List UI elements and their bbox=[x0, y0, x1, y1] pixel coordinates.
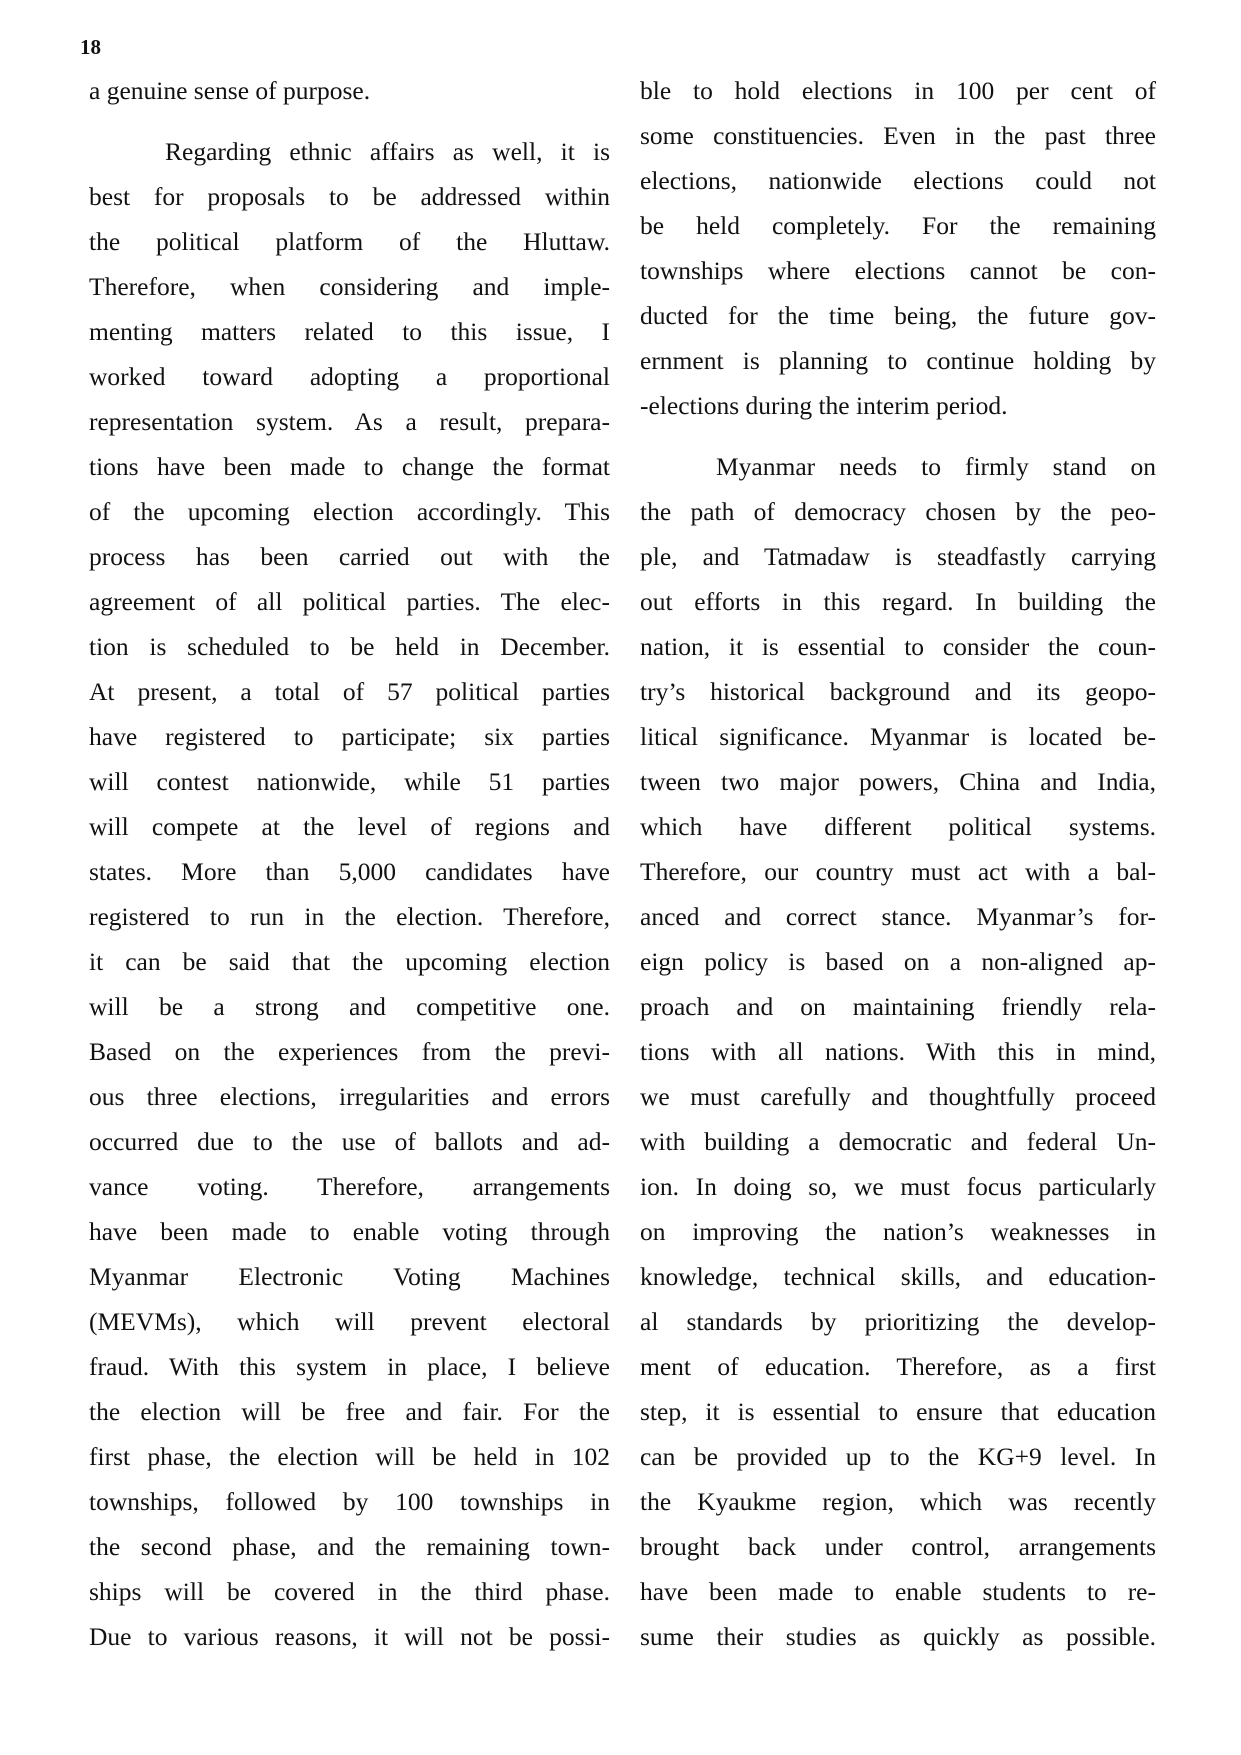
text-line: Myanmar needs to firmly stand on bbox=[640, 444, 1156, 489]
text-line: which have different political systems. bbox=[640, 804, 1156, 849]
text-line: the Kyaukme region, which was recently bbox=[640, 1479, 1156, 1524]
text-line: step, it is essential to ensure that edu… bbox=[640, 1389, 1156, 1434]
right-column: ble to hold elections in 100 per cent of… bbox=[640, 68, 1156, 1659]
text-line: states. More than 5,000 candidates have bbox=[89, 849, 610, 894]
text-line: the political platform of the Hluttaw. bbox=[89, 219, 610, 264]
text-line: we must carefully and thoughtfully proce… bbox=[640, 1074, 1156, 1119]
text-line: ment of education. Therefore, as a first bbox=[640, 1344, 1156, 1389]
text-line: vance voting. Therefore, arrangements bbox=[89, 1164, 610, 1209]
text-line: it can be said that the upcoming electio… bbox=[89, 939, 610, 984]
text-line: process has been carried out with the bbox=[89, 534, 610, 579]
text-line: (MEVMs), which will prevent electoral bbox=[89, 1299, 610, 1344]
text-line: ernment is planning to continue holding … bbox=[640, 338, 1156, 383]
text-line: menting matters related to this issue, I bbox=[89, 309, 610, 354]
text-line: occurred due to the use of ballots and a… bbox=[89, 1119, 610, 1164]
text-line: anced and correct stance. Myanmar’s for- bbox=[640, 894, 1156, 939]
text-line: Therefore, our country must act with a b… bbox=[640, 849, 1156, 894]
text-line: be held completely. For the remaining bbox=[640, 203, 1156, 248]
text-line: ships will be covered in the third phase… bbox=[89, 1569, 610, 1614]
text-line: sume their studies as quickly as possibl… bbox=[640, 1614, 1156, 1659]
text-line: ous three elections, irregularities and … bbox=[89, 1074, 610, 1119]
text-line: can be provided up to the KG+9 level. In bbox=[640, 1434, 1156, 1479]
text-line: will compete at the level of regions and bbox=[89, 804, 610, 849]
text-line: townships where elections cannot be con- bbox=[640, 248, 1156, 293]
text-line: litical significance. Myanmar is located… bbox=[640, 714, 1156, 759]
paragraph-gap bbox=[89, 113, 610, 129]
paragraph-gap bbox=[640, 428, 1156, 444]
text-line: nation, it is essential to consider the … bbox=[640, 624, 1156, 669]
text-line: have been made to enable students to re- bbox=[640, 1569, 1156, 1614]
text-line: eign policy is based on a non-aligned ap… bbox=[640, 939, 1156, 984]
text-line: fraud. With this system in place, I beli… bbox=[89, 1344, 610, 1389]
text-line: tion is scheduled to be held in December… bbox=[89, 624, 610, 669]
text-line: tions with all nations. With this in min… bbox=[640, 1029, 1156, 1074]
text-line: tions have been made to change the forma… bbox=[89, 444, 610, 489]
text-line: proach and on maintaining friendly rela- bbox=[640, 984, 1156, 1029]
text-line: townships, followed by 100 townships in bbox=[89, 1479, 610, 1524]
page-number: 18 bbox=[80, 34, 101, 60]
text-line: the election will be free and fair. For … bbox=[89, 1389, 610, 1434]
text-line: Myanmar Electronic Voting Machines bbox=[89, 1254, 610, 1299]
text-line: ion. In doing so, we must focus particul… bbox=[640, 1164, 1156, 1209]
text-line: a genuine sense of purpose. bbox=[89, 68, 610, 113]
text-line: best for proposals to be addressed withi… bbox=[89, 174, 610, 219]
text-line: the second phase, and the remaining town… bbox=[89, 1524, 610, 1569]
text-line: knowledge, technical skills, and educati… bbox=[640, 1254, 1156, 1299]
text-line: ble to hold elections in 100 per cent of bbox=[640, 68, 1156, 113]
text-line: ducted for the time being, the future go… bbox=[640, 293, 1156, 338]
text-line: al standards by prioritizing the develop… bbox=[640, 1299, 1156, 1344]
text-line: will contest nationwide, while 51 partie… bbox=[89, 759, 610, 804]
text-line: on improving the nation’s weaknesses in bbox=[640, 1209, 1156, 1254]
text-line: some constituencies. Even in the past th… bbox=[640, 113, 1156, 158]
text-line: Based on the experiences from the previ- bbox=[89, 1029, 610, 1074]
text-line: At present, a total of 57 political part… bbox=[89, 669, 610, 714]
text-line: agreement of all political parties. The … bbox=[89, 579, 610, 624]
text-line: representation system. As a result, prep… bbox=[89, 399, 610, 444]
text-line: first phase, the election will be held i… bbox=[89, 1434, 610, 1479]
text-line: with building a democratic and federal U… bbox=[640, 1119, 1156, 1164]
text-line: worked toward adopting a proportional bbox=[89, 354, 610, 399]
text-line: of the upcoming election accordingly. Th… bbox=[89, 489, 610, 534]
text-line: have been made to enable voting through bbox=[89, 1209, 610, 1254]
left-column: a genuine sense of purpose. Regarding et… bbox=[89, 68, 610, 1659]
text-line: ple, and Tatmadaw is steadfastly carryin… bbox=[640, 534, 1156, 579]
text-line: Regarding ethnic affairs as well, it is bbox=[89, 129, 610, 174]
text-line: -elections during the interim period. bbox=[640, 383, 1156, 428]
text-line: Due to various reasons, it will not be p… bbox=[89, 1614, 610, 1659]
text-line: brought back under control, arrangements bbox=[640, 1524, 1156, 1569]
text-line: registered to run in the election. There… bbox=[89, 894, 610, 939]
text-line: will be a strong and competitive one. bbox=[89, 984, 610, 1029]
text-line: Therefore, when considering and imple- bbox=[89, 264, 610, 309]
text-line: try’s historical background and its geop… bbox=[640, 669, 1156, 714]
text-line: the path of democracy chosen by the peo- bbox=[640, 489, 1156, 534]
text-line: out efforts in this regard. In building … bbox=[640, 579, 1156, 624]
text-line: elections, nationwide elections could no… bbox=[640, 158, 1156, 203]
text-line: tween two major powers, China and India, bbox=[640, 759, 1156, 804]
text-line: have registered to participate; six part… bbox=[89, 714, 610, 759]
